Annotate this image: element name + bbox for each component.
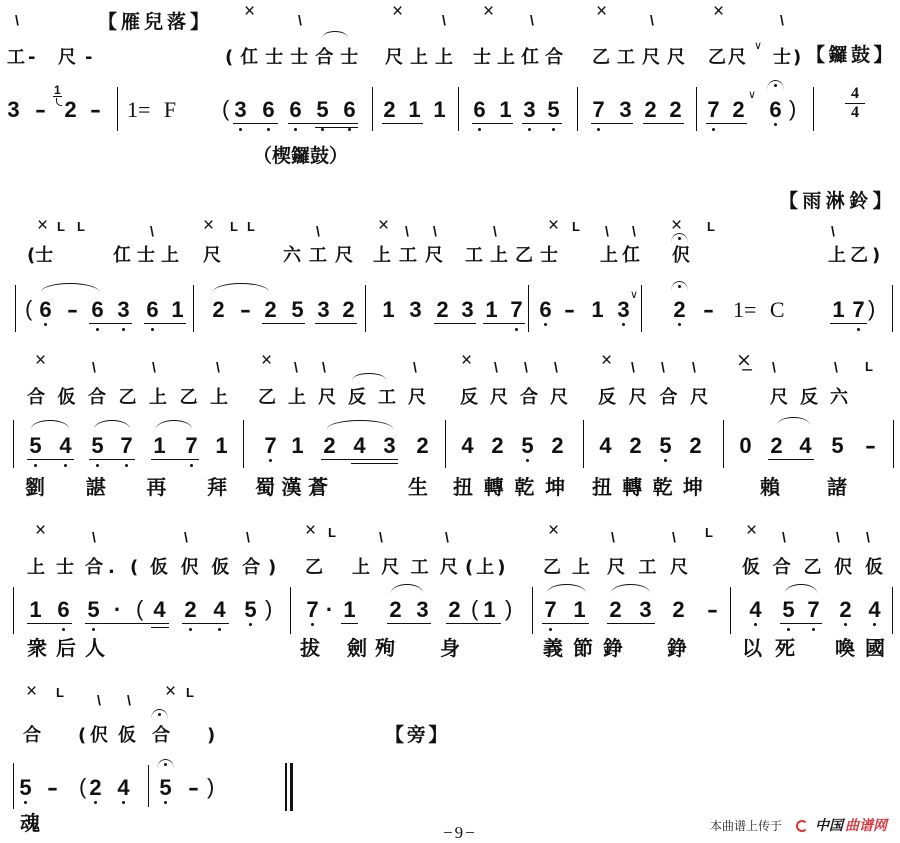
site-logo-icon [796,820,808,832]
watermark-brand: 曲谱网 [845,819,887,833]
page-number: −9− [443,824,477,841]
page-footer: −9− 本曲谱上传于 中国 曲谱网 [0,0,900,843]
score-page: \ 【雁兒落】 × \ × \ × \ × \ × \ 工- 尺- (仜士士合士… [0,0,900,843]
watermark-text: 本曲谱上传于 [710,819,782,833]
watermark-brand: 中国 [815,819,843,833]
